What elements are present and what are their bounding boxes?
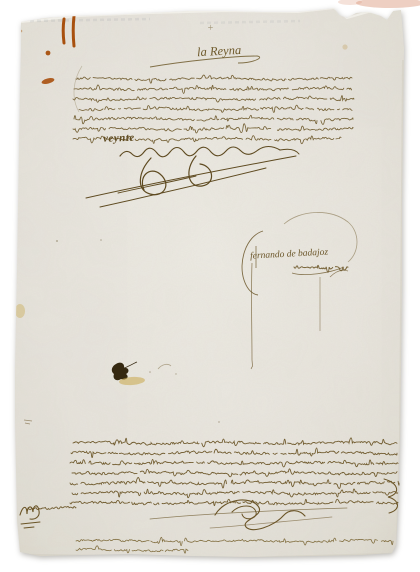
rust-folio-mark-stroke	[73, 16, 74, 46]
rust-speck	[20, 30, 23, 33]
date-word-veynte: veynte	[103, 132, 135, 145]
ink-speck	[218, 421, 220, 423]
ink-speck	[175, 373, 176, 374]
cross-mark: +	[207, 23, 214, 34]
yellow-stain	[15, 304, 25, 318]
rust-dot	[46, 51, 51, 56]
rust-folio-mark-stroke	[63, 19, 64, 43]
ink-speck	[100, 239, 102, 241]
ink-speck	[149, 371, 151, 373]
manuscript-scene: + la Reyna veynte fernando de badajoz	[0, 0, 420, 572]
manuscript-photo: + la Reyna veynte fernando de badajoz	[0, 0, 420, 572]
foxing-dot	[342, 44, 347, 49]
ink-speck	[56, 240, 58, 242]
pink-smudge	[356, 0, 420, 8]
